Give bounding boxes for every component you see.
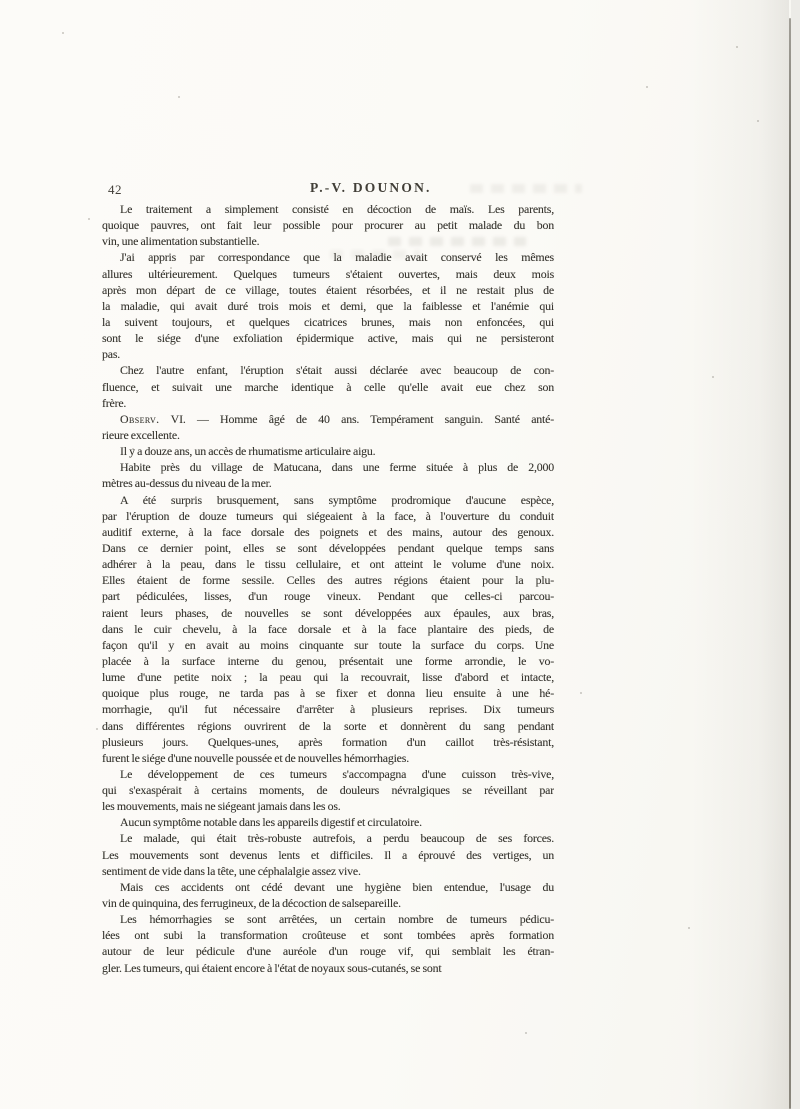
text-line: frère. — [102, 395, 554, 411]
scan-speck — [204, 342, 206, 344]
text-line: Les hémorrhagies se sont arrêtées, un ce… — [102, 911, 554, 927]
text-line: Chez l'autre enfant, l'éruption s'était … — [102, 362, 554, 378]
text-line: par l'éruption de douze tumeurs qui siég… — [102, 508, 554, 524]
text-line: Les mouvements sont devenus lents et dif… — [102, 847, 554, 863]
text-line: la maladie, qui avait duré trois mois et… — [102, 298, 554, 314]
text-line: la suivent toujours, et quelques cicatri… — [102, 314, 554, 330]
text-line: Mais ces accidents ont cédé devant une h… — [102, 879, 554, 895]
scan-speck — [525, 1032, 527, 1034]
scan-speck — [646, 86, 648, 88]
text-line: après mon départ de ce village, toutes é… — [102, 282, 554, 298]
text-line: plusieurs jours. Quelques-unes, après fo… — [102, 734, 554, 750]
scan-speck — [712, 376, 714, 378]
text-line: Il y a douze ans, un accès de rhumatisme… — [102, 443, 554, 459]
text-line: adhérer à la peau, dans le tissu cellula… — [102, 556, 554, 572]
text-line: quoique plus rouge, ne tarda pas à se fi… — [102, 685, 554, 701]
ink-bleed-smudge — [470, 184, 582, 193]
scan-speck — [132, 448, 134, 450]
text-line: Le développement de ces tumeurs s'accomp… — [102, 766, 554, 782]
text-line: raient leurs phases, de nouvelles se son… — [102, 605, 554, 621]
text-line: Observ. VI. — Homme âgé de 40 ans. Tempé… — [102, 411, 554, 427]
scan-speck — [178, 96, 180, 98]
text-line: façon qu'il y en avait au moins cinquant… — [102, 637, 554, 653]
text-line: Aucun symptôme notable dans les appareil… — [102, 814, 554, 830]
scan-speck — [580, 692, 582, 694]
text-line: auditif externe, à la face dorsale des p… — [102, 524, 554, 540]
text-line: dans différentes régions ouvrirent de la… — [102, 718, 554, 734]
text-line: Dans ce dernier point, elles se sont dév… — [102, 540, 554, 556]
text-line: sont le siége d'une exfoliation épidermi… — [102, 330, 554, 346]
text-line: furent le siége d'une nouvelle poussée e… — [102, 750, 554, 766]
text-line: Le malade, qui était très-robuste autref… — [102, 830, 554, 846]
text-line: pas. — [102, 346, 554, 362]
text-line: vin, une alimentation substantielle. — [102, 233, 554, 249]
text-line: gler. Les tumeurs, qui étaient encore à … — [102, 960, 554, 976]
text-column: Le traitement a simplement consisté en d… — [102, 201, 554, 976]
text-line: dans le cuir chevelu, à la face dorsale … — [102, 621, 554, 637]
text-line: J'ai appris par correspondance que la ma… — [102, 249, 554, 265]
page-number: 42 — [108, 182, 122, 198]
text-line: Le traitement a simplement consisté en d… — [102, 201, 554, 217]
page-edge-strip — [791, 0, 800, 1109]
text-line: A été surpris brusquement, sans symptôme… — [102, 492, 554, 508]
scan-speck — [736, 46, 738, 48]
scan-speck — [757, 120, 759, 122]
scan-speck — [62, 32, 64, 34]
text-line: sentiment de vide dans la tête, une céph… — [102, 863, 554, 879]
text-line: part pédiculées, lisses, d'un rouge vine… — [102, 588, 554, 604]
page-edge-shadow — [690, 0, 789, 1109]
text-line: Habite près du village de Matucana, dans… — [102, 459, 554, 475]
text-line: morrhagie, qu'il fut nécessaire d'arrête… — [102, 701, 554, 717]
text-line: Elles étaient de forme sessile. Celles d… — [102, 572, 554, 588]
text-line: rieure excellente. — [102, 427, 554, 443]
text-line: placée à la surface interne du genou, pr… — [102, 653, 554, 669]
text-line: lées ont subi la transformation croûteus… — [102, 927, 554, 943]
scan-speck — [96, 728, 98, 730]
scan-speck — [688, 927, 690, 929]
text-line: quoique pauvres, ont fait leur possible … — [102, 217, 554, 233]
text-line: mètres au-dessus du niveau de la mer. — [102, 475, 554, 491]
scan-speck — [88, 218, 90, 220]
text-line: autour de leur pédicule d'une auréole d'… — [102, 943, 554, 959]
observation-label: Observ. — [120, 412, 160, 426]
text-line: vin de quinquina, des ferrugineux, de la… — [102, 895, 554, 911]
running-title: P.-V. DOUNON. — [310, 180, 432, 196]
scan-speck — [170, 267, 172, 269]
text-line: lume d'une petite noix ; la peau qui la … — [102, 669, 554, 685]
scanned-book-page: 42 P.-V. DOUNON. Le traitement a simplem… — [0, 0, 800, 1109]
text-line: qui s'exaspérait à certains moments, de … — [102, 782, 554, 798]
text-line: les mouvements, mais ne siégeant jamais … — [102, 798, 554, 814]
text-line: fluence, et suivait une marche identique… — [102, 379, 554, 395]
